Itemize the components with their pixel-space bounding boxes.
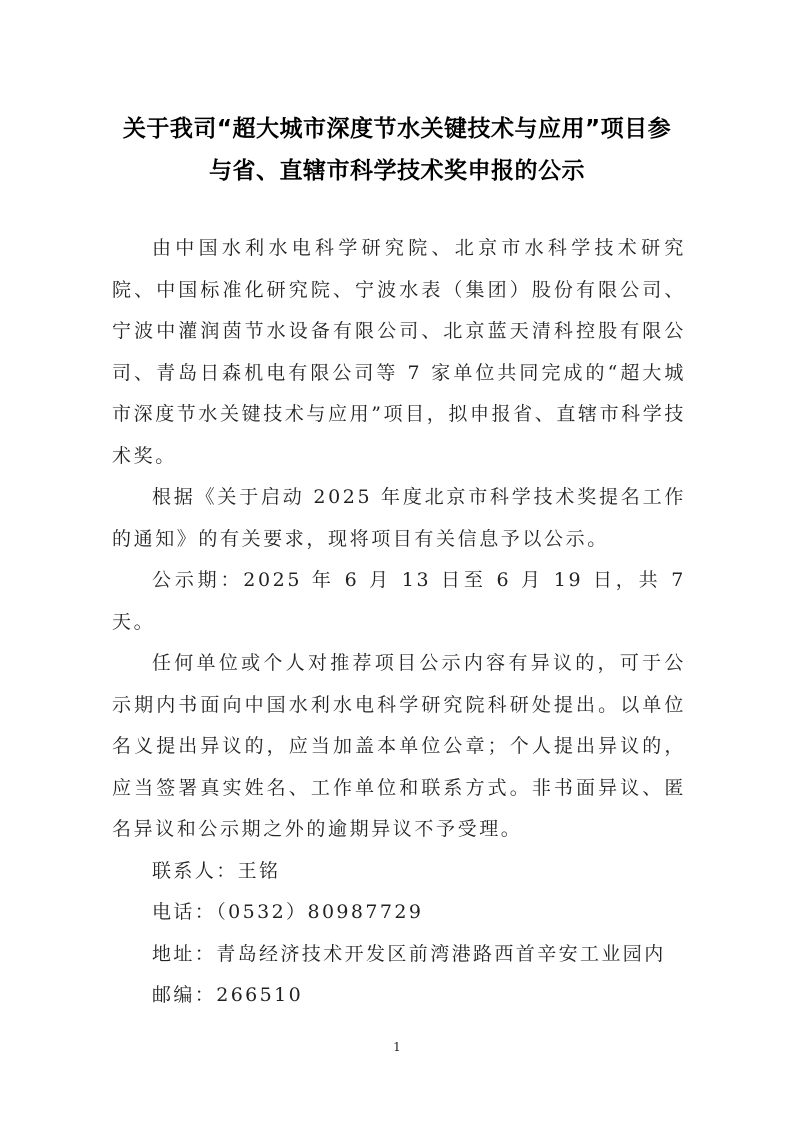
paragraph-publicity-period: 公示期：2025 年 6 月 13 日至 6 月 19 日，共 7 天。	[112, 560, 686, 643]
contact-person: 联系人：王铭	[112, 851, 686, 893]
contact-phone: 电话：（0532）80987729	[112, 892, 686, 934]
document-page: 关于我司“超大城市深度节水关键技术与应用”项目参 与省、直辖市科学技术奖申报的公…	[0, 0, 794, 1123]
document-title-line-2: 与省、直辖市科学技术奖申报的公示	[100, 152, 694, 185]
paragraph-project-intro: 由中国水利水电科学研究院、北京市水科学技术研究院、中国标准化研究院、宁波水表（集…	[112, 228, 686, 477]
page-number: 1	[0, 1040, 794, 1054]
contact-postcode: 邮编：266510	[112, 975, 686, 1017]
paragraph-objection-procedure: 任何单位或个人对推荐项目公示内容有异议的，可于公示期内书面向中国水利水电科学研究…	[112, 643, 686, 851]
contact-address: 地址：青岛经济技术开发区前湾港路西首辛安工业园内	[112, 934, 686, 976]
document-title-line-1: 关于我司“超大城市深度节水关键技术与应用”项目参	[100, 110, 694, 143]
document-body: 由中国水利水电科学研究院、北京市水科学技术研究院、中国标准化研究院、宁波水表（集…	[112, 228, 686, 1017]
paragraph-basis: 根据《关于启动 2025 年度北京市科学技术奖提名工作的通知》的有关要求，现将项…	[112, 477, 686, 560]
